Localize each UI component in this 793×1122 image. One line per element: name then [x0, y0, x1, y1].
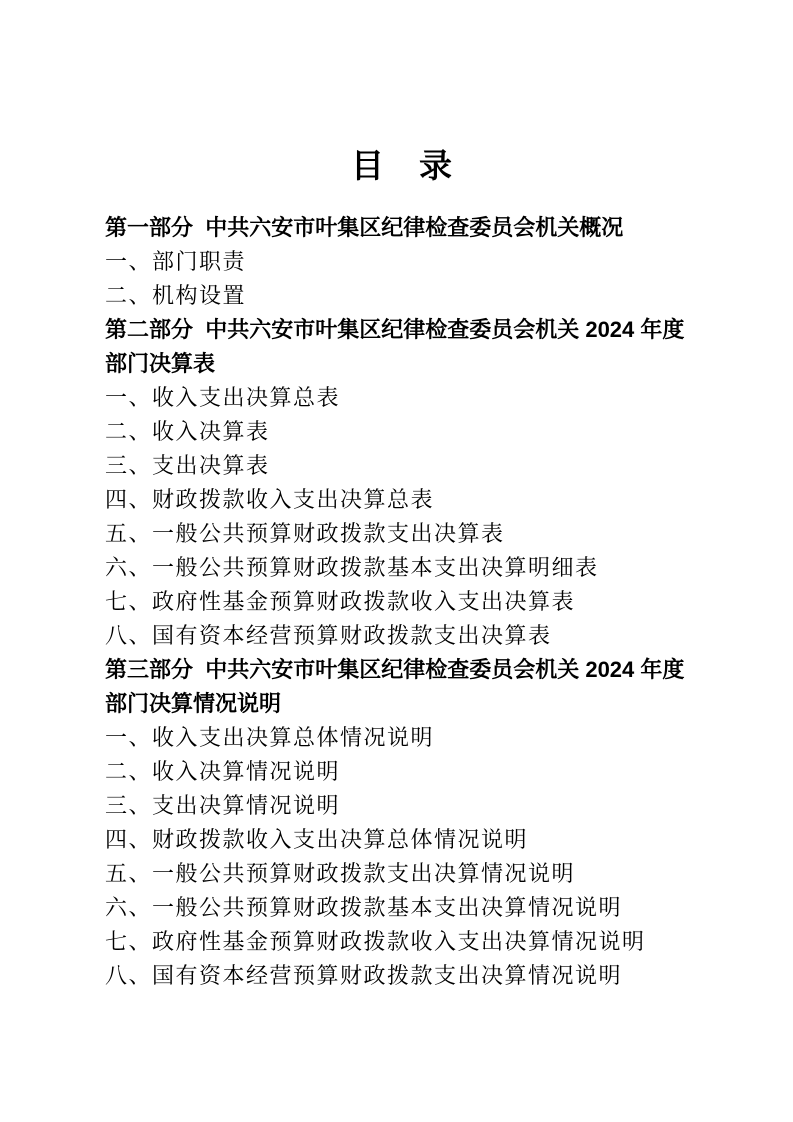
toc-item: 四、财政拨款收入支出决算总表	[105, 483, 699, 517]
toc-item: 一、收入支出决算总体情况说明	[105, 721, 699, 755]
toc-item: 八、国有资本经营预算财政拨款支出决算表	[105, 619, 699, 653]
toc-item: 一、收入支出决算总表	[105, 381, 699, 415]
toc-section-heading: 第一部分 中共六安市叶集区纪律检查委员会机关概况	[105, 211, 699, 245]
toc-item: 六、一般公共预算财政拨款基本支出决算明细表	[105, 551, 699, 585]
toc-section-1: 第一部分 中共六安市叶集区纪律检查委员会机关概况 一、部门职责 二、机构设置	[105, 211, 699, 313]
toc-item: 二、收入决算情况说明	[105, 755, 699, 789]
toc-item: 五、一般公共预算财政拨款支出决算情况说明	[105, 857, 699, 891]
toc-item: 二、机构设置	[105, 279, 699, 313]
page-title: 目 录	[105, 145, 699, 187]
toc-item: 七、政府性基金预算财政拨款收入支出决算表	[105, 585, 699, 619]
document-page: 目 录 第一部分 中共六安市叶集区纪律检查委员会机关概况 一、部门职责 二、机构…	[105, 145, 699, 993]
toc-item: 六、一般公共预算财政拨款基本支出决算情况说明	[105, 891, 699, 925]
toc-item: 四、财政拨款收入支出决算总体情况说明	[105, 823, 699, 857]
toc-section-heading: 第三部分 中共六安市叶集区纪律检查委员会机关 2024 年度部门决算情况说明	[105, 653, 699, 721]
toc-item: 三、支出决算表	[105, 449, 699, 483]
toc-item: 三、支出决算情况说明	[105, 789, 699, 823]
toc-item: 一、部门职责	[105, 245, 699, 279]
toc-item: 八、国有资本经营预算财政拨款支出决算情况说明	[105, 959, 699, 993]
toc-item: 五、一般公共预算财政拨款支出决算表	[105, 517, 699, 551]
toc-section-3: 第三部分 中共六安市叶集区纪律检查委员会机关 2024 年度部门决算情况说明 一…	[105, 653, 699, 993]
toc-item: 七、政府性基金预算财政拨款收入支出决算情况说明	[105, 925, 699, 959]
toc-item: 二、收入决算表	[105, 415, 699, 449]
toc-section-heading: 第二部分 中共六安市叶集区纪律检查委员会机关 2024 年度部门决算表	[105, 313, 699, 381]
toc-section-2: 第二部分 中共六安市叶集区纪律检查委员会机关 2024 年度部门决算表 一、收入…	[105, 313, 699, 653]
